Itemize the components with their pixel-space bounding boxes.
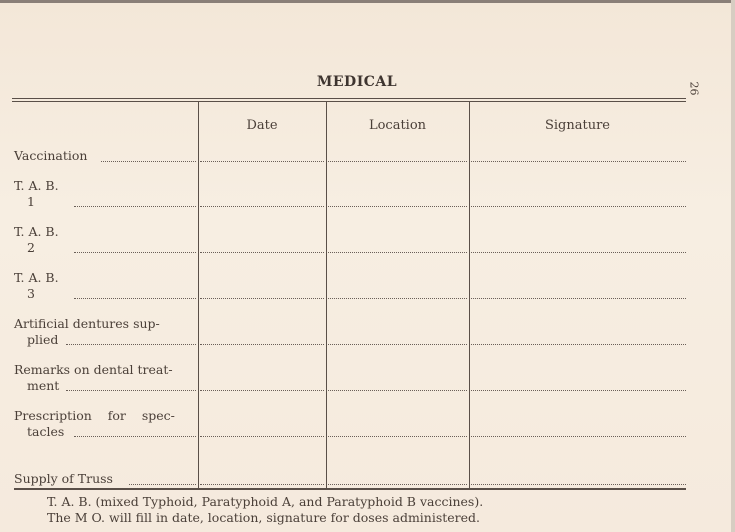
row-label-dose-number: 3: [14, 286, 59, 302]
location-field-tab-1[interactable]: [328, 206, 467, 207]
row-label-dose-number: 2: [14, 240, 59, 256]
date-field-tab-2[interactable]: [200, 252, 324, 253]
date-field-spectacles[interactable]: [200, 436, 324, 437]
row-label-tab-1: T. A. B. 1: [14, 178, 59, 210]
row-label-continuation: tacles: [14, 424, 175, 440]
date-field-truss[interactable]: [200, 484, 324, 485]
row-label-text: Remarks on dental treat-: [14, 362, 173, 377]
row-label-text: Artificial dentures sup-: [14, 316, 160, 331]
row-label-tab-3: T. A. B. 3: [14, 270, 59, 302]
signature-field-dental[interactable]: [471, 390, 686, 391]
row-label-continuation: plied: [14, 332, 198, 348]
date-field-dentures[interactable]: [200, 344, 324, 345]
column-header-location: Location: [326, 118, 469, 133]
signature-field-tab-3[interactable]: [471, 298, 686, 299]
signature-field-truss[interactable]: [471, 484, 686, 485]
row-label-text: T. A. B.: [14, 178, 59, 193]
page-number: 26: [688, 82, 701, 96]
location-field-dental[interactable]: [328, 390, 467, 391]
footnote-instructions: The M O. will fill in date, location, si…: [47, 510, 480, 525]
label-leader-dots: [74, 436, 196, 437]
location-field-tab-3[interactable]: [328, 298, 467, 299]
label-leader-dots: [101, 161, 196, 162]
location-field-truss[interactable]: [328, 484, 467, 485]
row-label-vaccination: Vaccination: [14, 148, 87, 164]
row-label-dose-number: 1: [14, 194, 59, 210]
signature-field-dentures[interactable]: [471, 344, 686, 345]
row-label-tab-2: T. A. B. 2: [14, 224, 59, 256]
label-leader-dots: [129, 484, 196, 485]
row-label-text: Prescription for spec-: [14, 408, 175, 423]
medical-record-page: MEDICAL 26 Date Location Signature Vacci…: [0, 0, 735, 532]
page-top-edge: [0, 0, 735, 3]
row-label-text: T. A. B.: [14, 224, 59, 239]
column-divider-3: [469, 102, 470, 488]
page-right-edge: [731, 0, 735, 532]
location-field-spectacles[interactable]: [328, 436, 467, 437]
header-rule-top: [12, 98, 686, 99]
column-header-signature: Signature: [469, 118, 686, 133]
header-rule-bottom: [12, 101, 686, 102]
date-field-vaccination[interactable]: [200, 161, 324, 162]
signature-field-vaccination[interactable]: [471, 161, 686, 162]
column-header-date: Date: [198, 118, 326, 133]
date-field-dental[interactable]: [200, 390, 324, 391]
label-leader-dots: [66, 390, 196, 391]
page-title: MEDICAL: [0, 74, 714, 90]
row-label-continuation: ment: [14, 378, 173, 394]
column-divider-1: [198, 102, 199, 488]
signature-field-spectacles[interactable]: [471, 436, 686, 437]
location-field-tab-2[interactable]: [328, 252, 467, 253]
location-field-vaccination[interactable]: [328, 161, 467, 162]
row-label-truss: Supply of Truss: [14, 471, 113, 487]
date-field-tab-1[interactable]: [200, 206, 324, 207]
location-field-dentures[interactable]: [328, 344, 467, 345]
date-field-tab-3[interactable]: [200, 298, 324, 299]
table-bottom-rule: [14, 488, 686, 490]
column-divider-2: [326, 102, 327, 488]
signature-field-tab-2[interactable]: [471, 252, 686, 253]
label-leader-dots: [74, 206, 196, 207]
row-label-text: Vaccination: [14, 148, 87, 163]
row-label-text: T. A. B.: [14, 270, 59, 285]
label-leader-dots: [74, 298, 196, 299]
footnote-tab-definition: T. A. B. (mixed Typhoid, Paratyphoid A, …: [47, 494, 483, 509]
label-leader-dots: [66, 344, 196, 345]
label-leader-dots: [74, 252, 196, 253]
row-label-text: Supply of Truss: [14, 471, 113, 486]
signature-field-tab-1[interactable]: [471, 206, 686, 207]
